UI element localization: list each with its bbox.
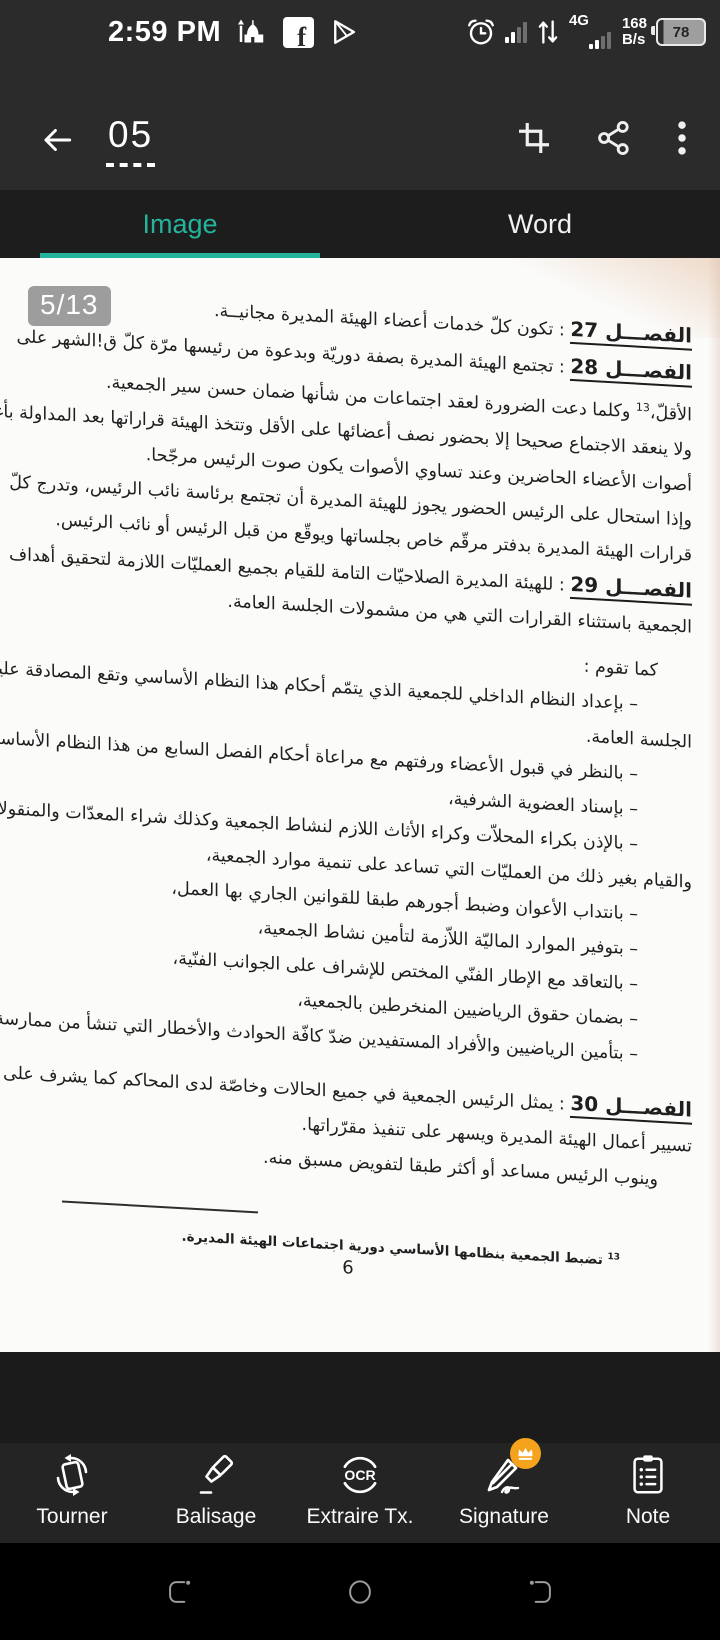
battery-level: 78 (673, 24, 690, 41)
line-text: الجلسة العامة. (586, 727, 692, 753)
status-bar: 2:59 PM f (0, 0, 720, 64)
document-title[interactable]: 05 (106, 114, 155, 167)
toolbar-item-rotate[interactable]: Tourner (0, 1443, 144, 1543)
nav-back-icon (163, 1569, 197, 1615)
svg-text:OCR: OCR (344, 1467, 375, 1483)
nav-home-button[interactable] (337, 1569, 383, 1615)
toolbar-label: Note (626, 1505, 670, 1529)
highlighter-icon (191, 1450, 241, 1500)
android-nav-bar (0, 1543, 720, 1640)
back-button[interactable] (38, 121, 76, 159)
ocr-icon: OCR (335, 1450, 385, 1500)
crop-icon (516, 120, 552, 156)
toolbar-item-note[interactable]: Note (576, 1443, 720, 1543)
footnote-marker: 13 (607, 1252, 620, 1263)
status-bar-left: 2:59 PM f (0, 16, 358, 49)
line-text: كما تقوم : (584, 656, 658, 680)
document-viewer: الفصـــل 27 : تكون كلّ خدمات أعضاء الهيئ… (0, 258, 720, 1443)
chapter-heading: الفصـــل 27 (570, 317, 692, 351)
toolbar-label: Balisage (176, 1505, 257, 1529)
tab-bar: Image Word (0, 190, 720, 258)
toolbar-item-signature[interactable]: Signature (432, 1443, 576, 1543)
nav-home-icon (343, 1569, 377, 1615)
share-button[interactable] (596, 120, 632, 161)
network-speed-value: 168 (622, 16, 647, 32)
toolbar-item-ocr[interactable]: OCR Extraire Tx. (288, 1443, 432, 1543)
rotate-icon (47, 1450, 97, 1500)
network-speed: 168 B/s (622, 16, 647, 48)
chapter-heading: الفصـــل 28 (570, 354, 692, 388)
chapter-heading: الفصـــل 30 (570, 1091, 692, 1125)
header-actions (516, 64, 720, 190)
footnote-separator (62, 1200, 258, 1213)
premium-crown-badge (510, 1438, 541, 1469)
back-arrow-icon (38, 121, 76, 159)
data-transfer-icon (536, 18, 560, 46)
facebook-glyph: f (297, 24, 306, 48)
network-speed-unit: B/s (622, 32, 645, 48)
battery-icon: 78 (656, 18, 706, 46)
screen: 2:59 PM f (0, 0, 720, 1640)
line-text: – بإسناد العضوية الشرفية، (448, 789, 638, 820)
nav-recents-button[interactable] (517, 1569, 563, 1615)
network-type-label: 4G (569, 13, 589, 28)
chapter-heading: الفصـــل 29 (570, 572, 692, 606)
facebook-icon: f (283, 17, 314, 48)
toolbar-item-highlight[interactable]: Balisage (144, 1443, 288, 1543)
status-time: 2:59 PM (108, 16, 221, 49)
page-indicator-badge: 5/13 (28, 286, 111, 326)
tab-word[interactable]: Word (360, 190, 720, 258)
mobile-data-icon: 4G (569, 15, 613, 49)
footnote-reference: 13 (636, 401, 650, 415)
bottom-toolbar: Tourner Balisage OCR Ext (0, 1443, 720, 1543)
mosque-icon (237, 17, 267, 47)
overflow-menu-button[interactable] (676, 120, 688, 161)
document-content: الفصـــل 27 : تكون كلّ خدمات أعضاء الهيئ… (0, 258, 720, 1300)
toolbar-label: Signature (459, 1505, 549, 1529)
line-text: الأقلّ، (650, 403, 692, 425)
app-header: 05 (0, 64, 720, 190)
scanned-page[interactable]: الفصـــل 27 : تكون كلّ خدمات أعضاء الهيئ… (0, 258, 720, 1352)
nav-back-button[interactable] (157, 1569, 203, 1615)
signal-icon (505, 21, 527, 43)
status-bar-right: 4G 168 B/s 78 (466, 0, 706, 64)
document-lines: الفصـــل 27 : تكون كلّ خدمات أعضاء الهيئ… (28, 282, 692, 1200)
crop-button[interactable] (516, 120, 552, 161)
tab-image[interactable]: Image (0, 190, 360, 258)
more-vert-icon (676, 120, 688, 156)
toolbar-label: Extraire Tx. (307, 1505, 414, 1529)
nav-recents-icon (523, 1569, 557, 1615)
toolbar-label: Tourner (36, 1505, 107, 1529)
share-icon (596, 120, 632, 156)
alarm-icon (466, 17, 496, 47)
google-play-icon (330, 18, 358, 46)
signature-pen-icon (479, 1450, 529, 1500)
note-icon (623, 1450, 673, 1500)
